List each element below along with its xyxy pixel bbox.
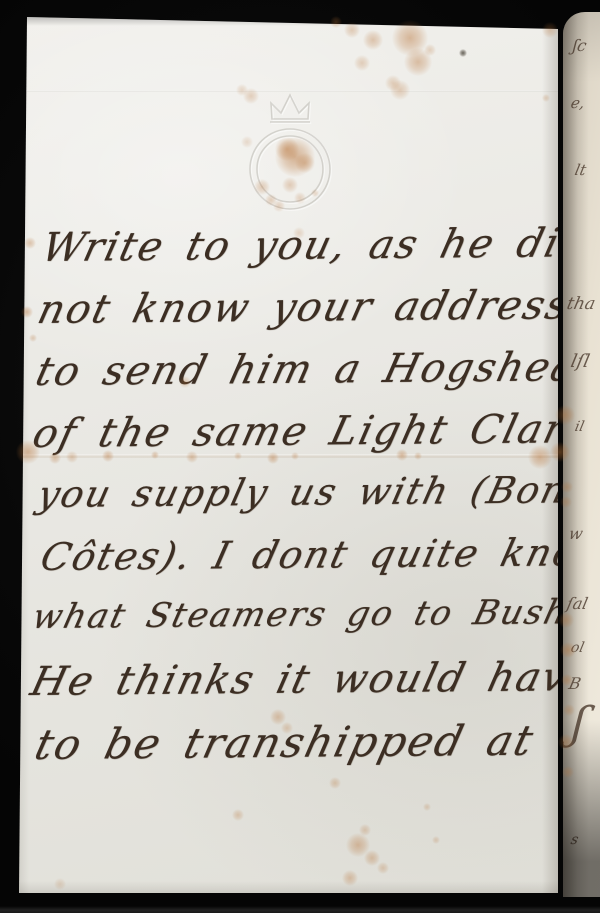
letter-line: of the same Light Claret [29, 409, 600, 454]
letter-line: He thinks it would have [27, 657, 598, 702]
letter-line: you supply us with (Bonnes [34, 471, 600, 513]
letter-line: Côtes). I dont quite know [37, 533, 600, 576]
embossed-crown-seal-icon [240, 85, 350, 217]
letter-line: to be transhipped at [31, 720, 539, 766]
adjacent-page-bottom-shadow [563, 12, 600, 897]
letter-line: Write to you, as he did [38, 223, 592, 268]
letter-line: to send him a Hogshead [32, 347, 600, 392]
letter-line: not know your address, [34, 285, 588, 330]
background-sheen [0, 906, 600, 913]
letter-line: what Steamers go to Bushire. [29, 595, 600, 634]
adjacent-page-edge: ʃce,ltthalſlilwſalolBʃs [563, 12, 600, 897]
letter-page: Write to you, as he did not know your ad… [19, 17, 558, 893]
photo-frame: ʃce,ltthalſlilwſalolBʃs [0, 0, 600, 913]
